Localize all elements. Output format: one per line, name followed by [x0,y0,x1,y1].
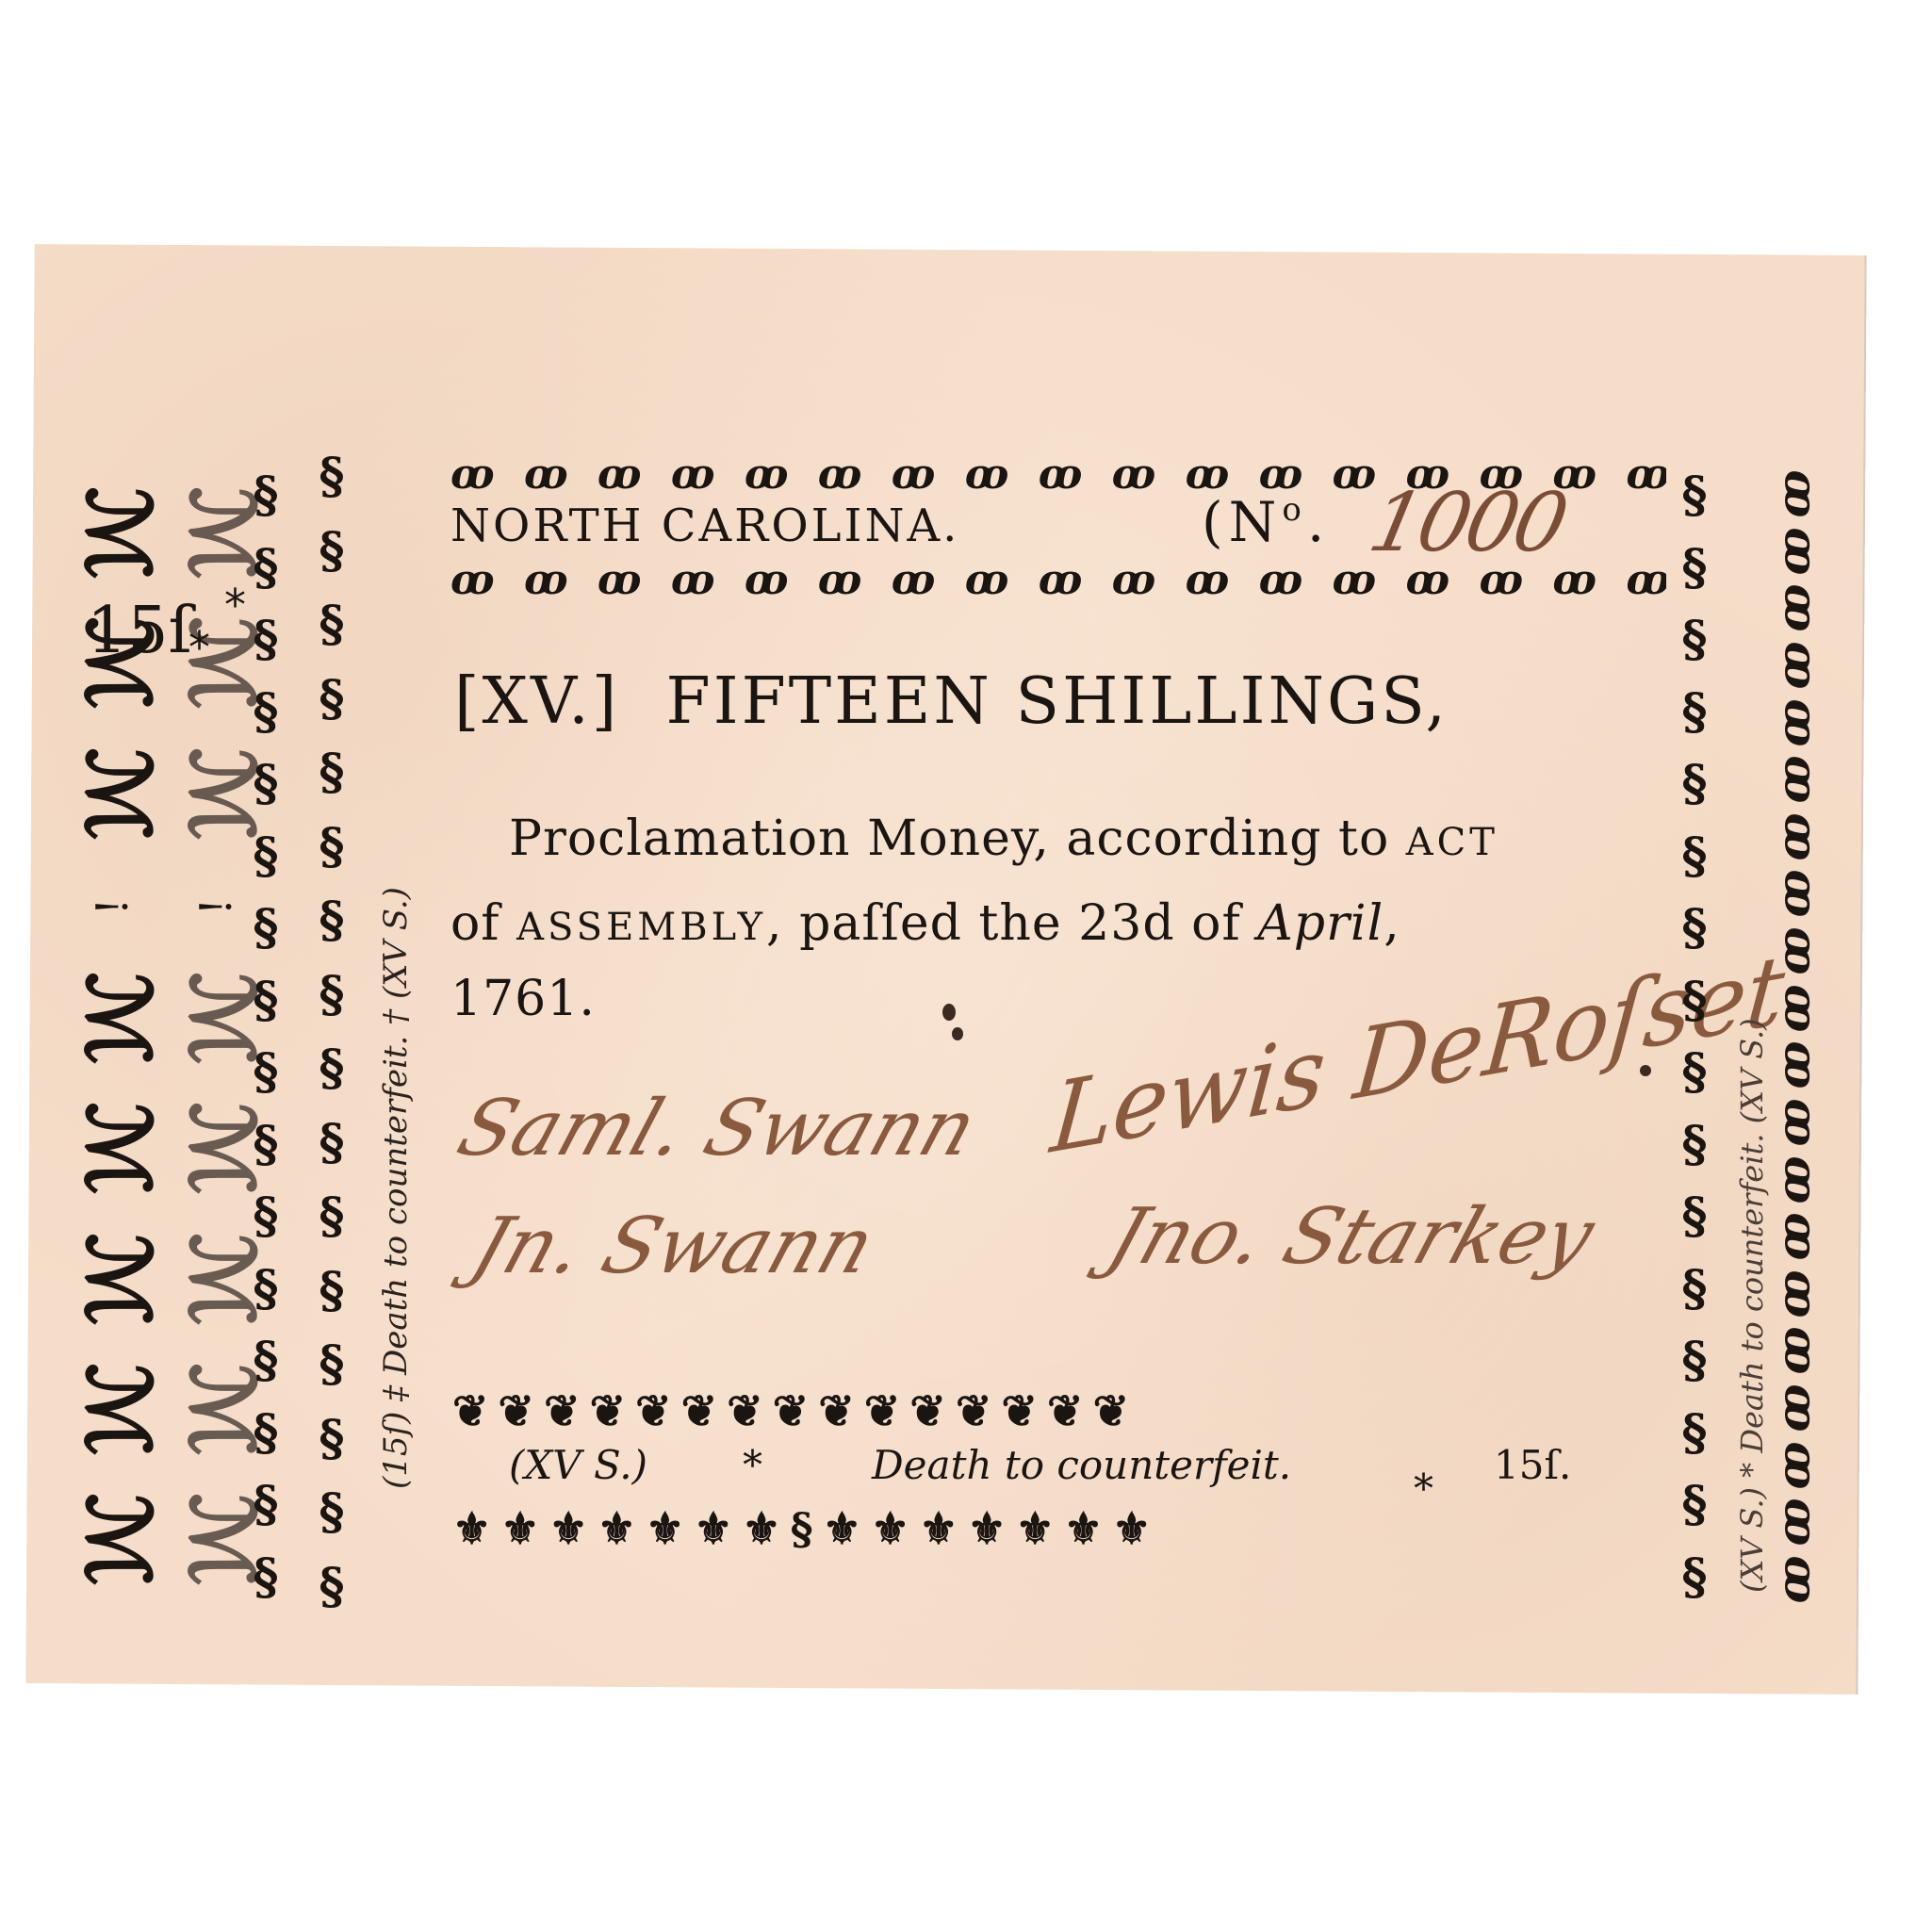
section-mark-icon: § [319,1192,344,1241]
number-label: (No. [1202,490,1330,554]
chain-link-ornament-icon: ꝏ [1777,1498,1823,1547]
flourish-ornament-icon: ℳ [74,1233,161,1325]
bottom-star-2: * [1414,1465,1433,1512]
chain-link-ornament-icon: ꝏ [1777,584,1823,632]
flourish-ornament-icon: ℳ [74,1494,161,1586]
section-mark-icon: § [1681,760,1707,809]
flourish-ornament-icon: ℳ [74,1364,161,1456]
section-mark-icon: § [1681,1553,1707,1602]
chain-link-ornament-icon: ꝏ [1777,984,1823,1032]
section-mark-icon: § [319,1044,344,1093]
chain-link-ornament-icon: ꝏ [1777,1098,1823,1146]
body-line-2: of ASSEMBLY, paſſed the 23d of April, [450,895,1400,952]
section-mark-icon: § [1681,904,1707,953]
section-mark-icon: § [319,971,344,1020]
flourish-ornament-icon: ℳ [74,747,161,840]
ink-blot [952,1027,963,1040]
chain-link-ornament-icon: ꝏ [1777,812,1823,860]
ornament-separator-icon: ¡ [92,898,143,916]
section-mark-icon: § [1681,471,1707,520]
section-mark-icon: § [253,832,278,881]
section-mark-column-inner: §§§§§§§§§§§§§§§§ [313,452,351,1612]
left-vertical-text: (15ſ) ‡ Death to counterfeit. † (XV S.) [377,887,415,1489]
section-mark-icon: § [319,823,344,872]
section-mark-icon: § [1681,615,1707,664]
section-mark-icon: § [253,1409,278,1458]
chain-link-ornament-icon: ꝏ [1777,1384,1823,1433]
section-mark-icon: § [253,1553,278,1602]
section-mark-icon: § [1681,688,1707,737]
section-mark-column-left: §§§§§§§§§§§§§§§§ [247,471,285,1602]
section-mark-icon: § [253,1481,278,1530]
chain-link-ornament-icon: ꝏ [1777,527,1823,575]
ornament-separator-icon: ¡ [196,898,247,916]
section-mark-icon: § [1681,1336,1707,1385]
section-mark-icon: § [1681,1121,1707,1170]
section-mark-icon: § [1681,832,1707,881]
section-mark-icon: § [253,1336,278,1385]
section-mark-icon: § [319,1415,344,1464]
bottom-15s: 15ſ. [1494,1442,1571,1488]
section-mark-icon: § [319,1267,344,1316]
section-mark-icon: § [253,544,278,593]
bottom-ornament-row-lower: ⚜⚜⚜⚜⚜⚜⚜§⚜⚜⚜⚜⚜⚜⚜ [452,1503,1160,1554]
section-mark-icon: § [1681,976,1707,1025]
section-mark-icon: § [1681,544,1707,593]
chain-link-ornament-icon: ꝏ [1777,1041,1823,1089]
chain-link-ornament-icon: ꝏ [1777,1269,1823,1318]
section-mark-icon: § [253,688,278,737]
section-mark-icon: § [319,675,344,724]
section-mark-icon: § [253,615,278,664]
section-mark-icon: § [319,600,344,649]
bottom-death-to-counterfeit: Death to counterfeit. [872,1442,1291,1488]
section-mark-icon: § [253,1265,278,1314]
section-mark-icon: § [319,527,344,576]
ink-dot [1640,1065,1651,1076]
fleuron-ornament-icon: ⚜⚜⚜⚜⚜⚜⚜§⚜⚜⚜⚜⚜⚜⚜ [452,1503,1160,1554]
section-mark-icon: § [253,1121,278,1170]
chain-link-ornament-icon: ꝏ [1777,756,1823,804]
star-ornament: * [188,622,210,673]
chain-link-ornament-icon: ꝏ [1777,927,1823,975]
section-mark-icon: § [319,1340,344,1389]
chain-link-ornament-icon: ꝏ [1777,1213,1823,1261]
signature-jno-swann: Jn. Swann [462,1202,886,1291]
section-mark-icon: § [253,471,278,520]
bottom-ornament-row-upper: ❦❦❦❦❦❦❦❦❦❦❦❦❦❦❦ [452,1385,1138,1436]
section-mark-icon: § [1681,1048,1707,1097]
bottom-xvs: (XV S.) [509,1442,647,1488]
signature-jno-starkey: Jno. Starkey [1098,1192,1605,1282]
colony-name: NORTH CAROLINA. [450,499,959,552]
star-ornament: * [224,580,246,630]
section-mark-icon: § [1681,1192,1707,1241]
denomination-roman: [XV.] [454,664,619,739]
section-mark-icon: § [1681,1481,1707,1530]
chain-link-ornament-icon: ꝏ [1777,1555,1823,1603]
section-mark-icon: § [253,904,278,953]
right-chain-column: ꝏꝏꝏꝏꝏꝏꝏꝏꝏꝏꝏꝏꝏꝏꝏꝏꝏꝏꝏꝏ [1772,471,1828,1602]
serial-number: 1000 [1361,476,1572,570]
section-mark-icon: § [319,896,344,945]
section-mark-icon: § [1681,1409,1707,1458]
signature-saml-swann: Saml. Swann [448,1084,988,1173]
section-mark-icon: § [319,748,344,797]
section-mark-icon: § [253,1192,278,1241]
flourish-ornament-icon: ℳ [74,973,161,1065]
fleuron-ornament-icon: ❦❦❦❦❦❦❦❦❦❦❦❦❦❦❦ [452,1385,1138,1436]
right-vertical-text: (XV S.) * Death to counterfeit. (XV S.) [1734,1018,1770,1593]
section-mark-icon: § [319,452,344,501]
chain-link-ornament-icon: ꝏ [1777,470,1823,518]
bottom-star-1: * [743,1442,762,1488]
denomination-text: FIFTEEN SHILLINGS, [666,664,1449,739]
section-mark-icon: § [319,1488,344,1537]
section-mark-icon: § [319,1119,344,1168]
chain-link-ornament-icon: ꝏ [1777,641,1823,689]
chain-link-ornament-icon: ꝏ [1777,1441,1823,1489]
body-line-1: Proclamation Money, according to ACT [509,810,1498,867]
chain-link-ornament-icon: ꝏ [1777,1327,1823,1375]
chain-link-ornament-icon: ꝏ [1777,870,1823,918]
body-line-3-year: 1761. [450,971,596,1027]
flourish-ornament-icon: ℳ [74,1103,161,1195]
section-mark-icon: § [253,1048,278,1097]
chain-link-ornament-icon: ꝏ [1777,1155,1823,1203]
left-margin-value: 15ſ [87,594,192,668]
section-mark-icon: § [253,976,278,1025]
colony-name-text: NORTH CAROLINA. [450,499,959,552]
chain-link-ornament-icon: ꝏ [1777,698,1823,746]
section-mark-icon: § [253,760,278,809]
section-mark-column-right: §§§§§§§§§§§§§§§§ [1676,471,1713,1602]
section-mark-icon: § [319,1563,344,1612]
ink-blot [942,1004,956,1021]
flourish-ornament-icon: ℳ [74,487,161,580]
section-mark-icon: § [1681,1265,1707,1314]
denomination-title: [XV.] FIFTEEN SHILLINGS, [454,664,1449,739]
